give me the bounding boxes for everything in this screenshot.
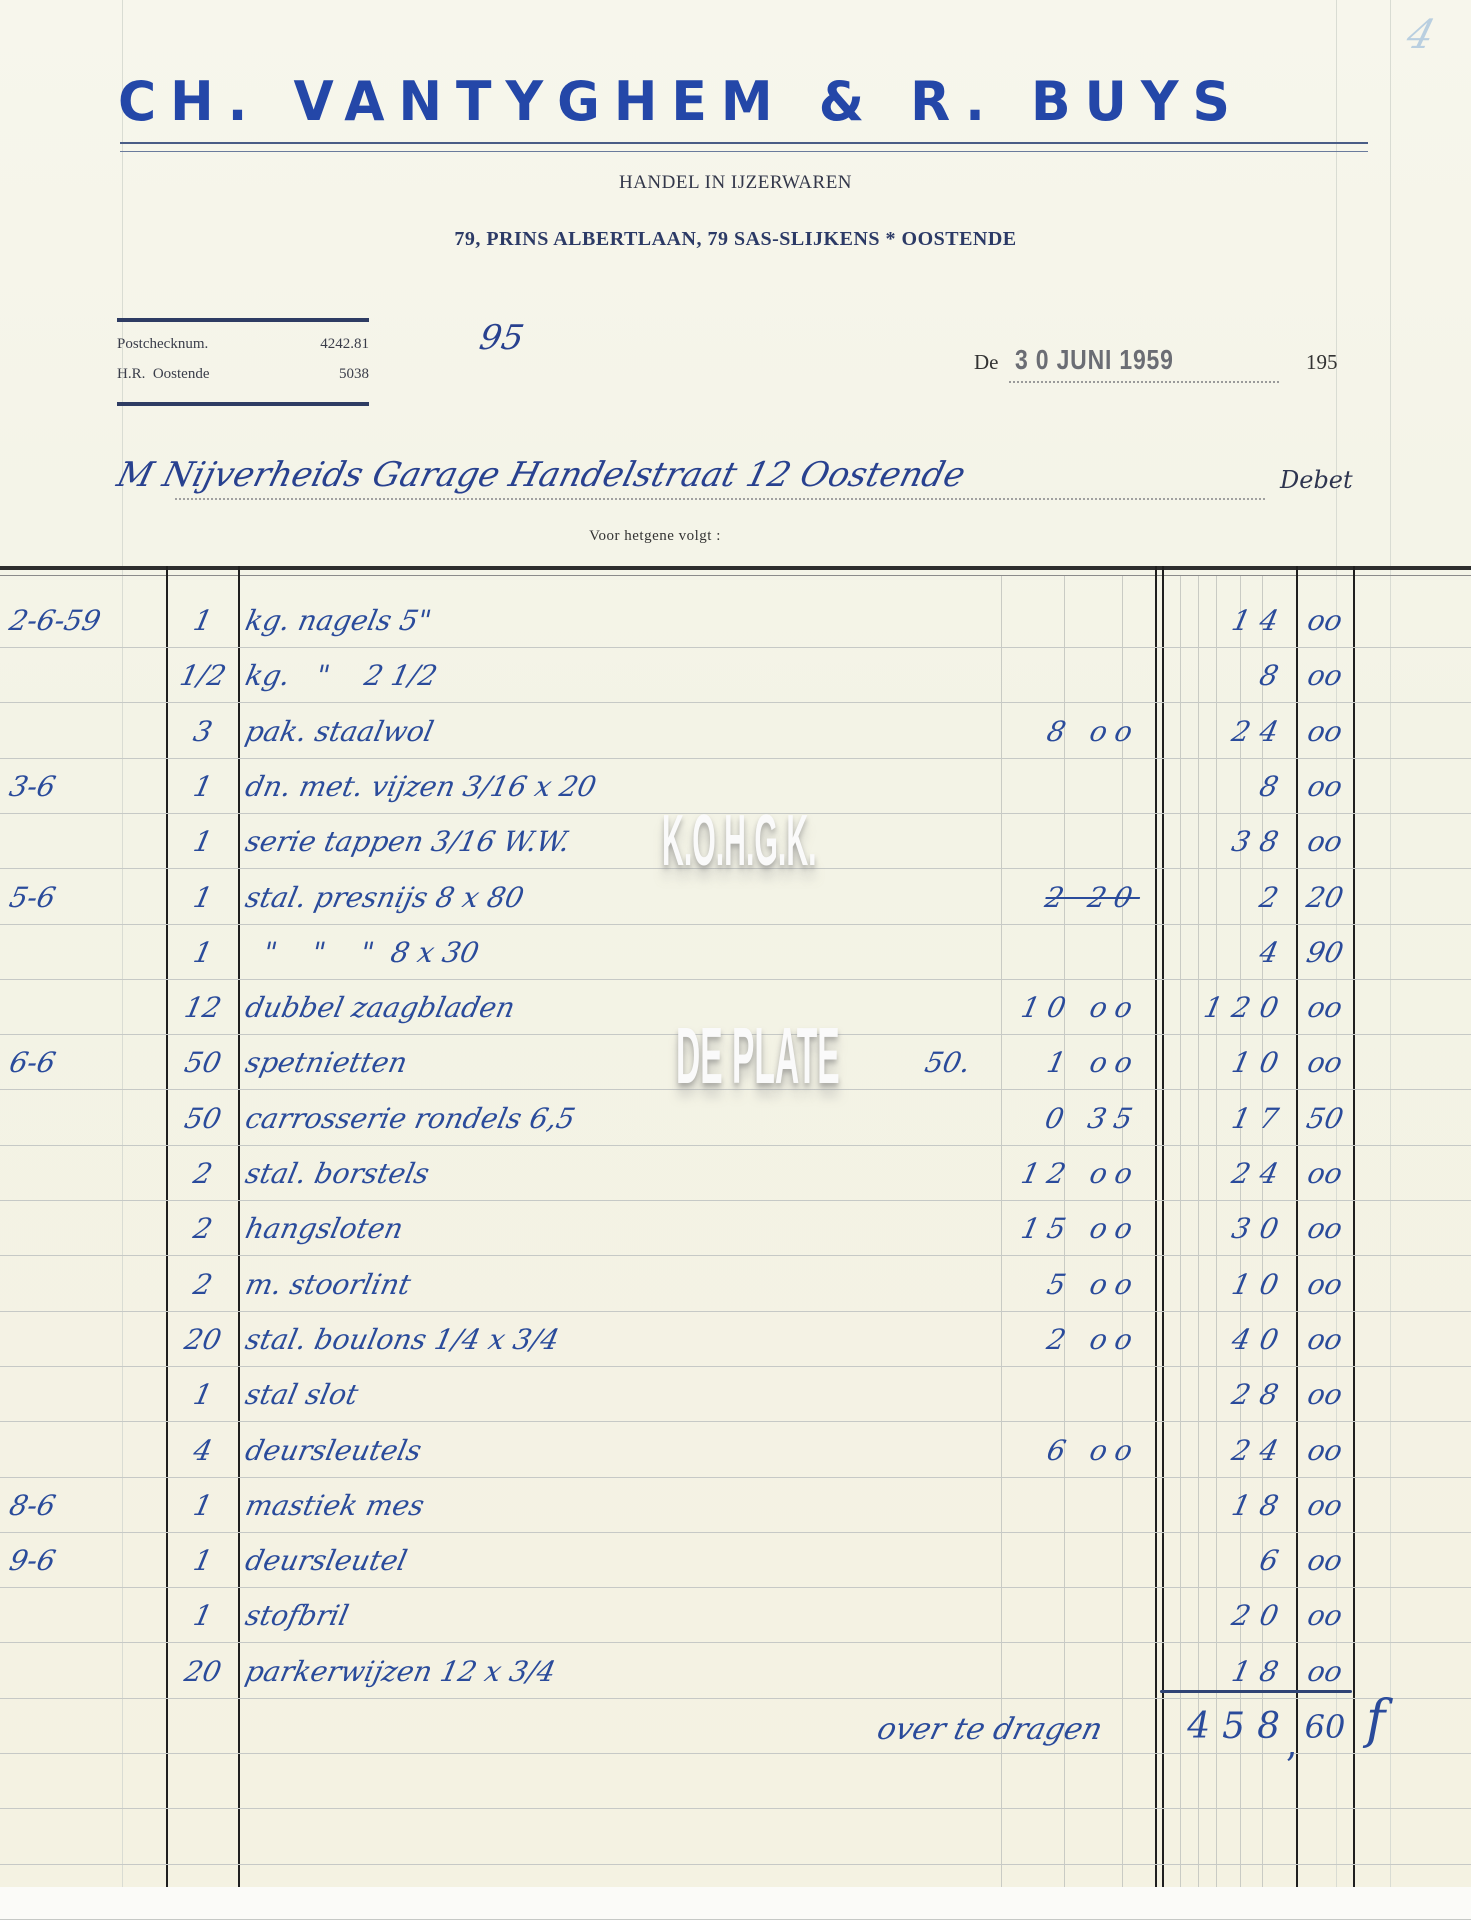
item-date: 3-6	[6, 770, 163, 803]
date-dotted-line	[1009, 381, 1279, 383]
ruled-line	[0, 1698, 1471, 1699]
ruled-line	[0, 758, 1471, 759]
ruled-line	[0, 1532, 1471, 1533]
item-date: 9-6	[6, 1544, 163, 1577]
printed-year: 195	[1306, 350, 1338, 375]
item-unit-price: 2 20	[986, 881, 1143, 914]
item-description: pak. staalwol	[242, 715, 436, 748]
item-cents: oo	[1296, 1268, 1353, 1301]
item-amount: 28	[1164, 1378, 1291, 1411]
item-description: dubbel zaagbladen	[242, 991, 517, 1024]
item-description: deursleutels	[242, 1434, 424, 1467]
item-qty: 2	[164, 1268, 241, 1301]
item-unit-price: 10 oo	[986, 991, 1143, 1024]
item-date: 8-6	[6, 1489, 163, 1522]
ruled-line	[0, 702, 1471, 703]
item-qty: 1	[164, 825, 241, 858]
item-cents: oo	[1296, 715, 1353, 748]
item-amount: 6	[1164, 1544, 1291, 1577]
item-amount: 24	[1164, 1434, 1291, 1467]
item-amount: 10	[1164, 1268, 1291, 1301]
item-cents: oo	[1296, 1544, 1353, 1577]
item-description: stofbril	[242, 1599, 351, 1632]
ruled-line	[0, 1255, 1471, 1256]
item-qty: 1	[164, 936, 241, 969]
ruled-line	[0, 979, 1471, 980]
item-cents: oo	[1296, 1378, 1353, 1411]
item-description: stal. presnijs 8 x 80	[242, 881, 526, 914]
item-description: stal. borstels	[242, 1157, 432, 1190]
ruled-line	[0, 1642, 1471, 1643]
item-unit-price: 0 35	[986, 1102, 1143, 1135]
registration-box: Postchecknum. 4242.81 H.R. Oostende 5038	[117, 318, 369, 406]
item-description: parkerwijzen 12 x 3/4	[242, 1655, 558, 1688]
item-description: m. stoorlint	[242, 1268, 413, 1301]
item-description: kg. " 2 1/2	[242, 659, 440, 692]
item-qty: 3	[164, 715, 241, 748]
item-amount: 10	[1164, 1046, 1291, 1079]
ruled-line	[0, 1145, 1471, 1146]
company-name: CH. VANTYGHEM & R. BUYS	[118, 71, 1378, 134]
item-description: carrosserie rondels 6,5	[242, 1102, 578, 1135]
ruled-line	[0, 1864, 1471, 1865]
item-qty: 50	[164, 1046, 241, 1079]
carry-forward-label: over te dragen	[874, 1712, 1106, 1747]
item-description: stal. boulons 1/4 x 3/4	[242, 1323, 562, 1356]
item-qty: 20	[164, 1323, 241, 1356]
item-qty: 1	[164, 1544, 241, 1577]
ruled-line	[0, 1587, 1471, 1588]
item-cents: oo	[1296, 1489, 1353, 1522]
item-date: 2-6-59	[6, 604, 163, 637]
item-unit-price: 12 oo	[986, 1157, 1143, 1190]
col-divider-amount	[1155, 566, 1157, 1887]
item-description: " " " 8 x 30	[242, 936, 481, 969]
watermark-line1: K.O.H.G.K.	[662, 800, 817, 882]
hr-value: 5038	[339, 366, 369, 383]
item-description: kg. nagels 5"	[242, 604, 434, 637]
date-label: De	[974, 350, 999, 375]
item-cents: oo	[1296, 659, 1353, 692]
total-cents: 60	[1300, 1708, 1350, 1746]
currency-symbol: f	[1366, 1690, 1385, 1750]
item-cents: 90	[1296, 936, 1353, 969]
scan-margin	[0, 1887, 1471, 1920]
item-qty: 2	[164, 1157, 241, 1190]
ledger-line	[1390, 0, 1391, 1887]
total-decimal-separator: ,	[1286, 1724, 1297, 1765]
item-amount: 38	[1164, 825, 1291, 858]
ruled-line	[0, 1753, 1471, 1754]
item-date: 6-6	[6, 1046, 163, 1079]
item-cents: oo	[1296, 1046, 1353, 1079]
item-unit-price: 2 oo	[986, 1323, 1143, 1356]
item-amount: 17	[1164, 1102, 1291, 1135]
item-cents: oo	[1296, 1655, 1353, 1688]
item-qty: 1	[164, 770, 241, 803]
item-qty: 4	[164, 1434, 241, 1467]
ruled-line	[0, 647, 1471, 648]
item-cents: oo	[1296, 604, 1353, 637]
item-amount: 24	[1164, 1157, 1291, 1190]
item-cents: oo	[1296, 991, 1353, 1024]
table-top-rule	[0, 575, 1471, 576]
item-amount: 18	[1164, 1489, 1291, 1522]
item-unit-price: 15 oo	[986, 1212, 1143, 1245]
item-qty: 50	[164, 1102, 241, 1135]
ruled-line	[0, 1477, 1471, 1478]
item-unit-price: 8 oo	[986, 715, 1143, 748]
postcheck-row: Postchecknum. 4242.81	[117, 336, 369, 353]
item-amount: 120	[1164, 991, 1291, 1024]
company-address: 79, PRINS ALBERTLAAN, 79 SAS-SLIJKENS * …	[0, 228, 1471, 251]
item-qty: 2	[164, 1212, 241, 1245]
item-unit-price: 6 oo	[986, 1434, 1143, 1467]
item-cents: oo	[1296, 1157, 1353, 1190]
item-qty: 1	[164, 604, 241, 637]
item-description: stal slot	[242, 1378, 361, 1411]
item-qty: 1	[164, 1489, 241, 1522]
item-qty: 12	[164, 991, 241, 1024]
customer-name: M Nijverheids Garage Handelstraat 12 Oos…	[113, 455, 969, 495]
col-divider-amount	[1162, 566, 1164, 1887]
item-description: hangsloten	[242, 1212, 406, 1245]
item-description: dn. met. vijzen 3/16 x 20	[242, 770, 599, 803]
item-cents: oo	[1296, 1434, 1353, 1467]
item-description: serie tappen 3/16 W.W.	[242, 825, 572, 858]
box-rule	[117, 318, 369, 322]
item-cents: oo	[1296, 1599, 1353, 1632]
item-unit-price: 5 oo	[986, 1268, 1143, 1301]
item-cents: oo	[1296, 825, 1353, 858]
item-unit-note: 50.	[896, 1046, 973, 1079]
item-amount: 14	[1164, 604, 1291, 637]
postcheck-label: Postchecknum.	[117, 336, 208, 353]
ruled-line	[0, 1200, 1471, 1201]
follow-label: Voor hetgene volgt :	[0, 528, 1310, 545]
item-amount: 8	[1164, 659, 1291, 692]
item-description: mastiek mes	[242, 1489, 427, 1522]
item-cents: oo	[1296, 1212, 1353, 1245]
table-top-rule	[0, 566, 1471, 570]
hr-label: H.R. Oostende	[117, 366, 210, 383]
header-rule	[120, 142, 1368, 144]
item-description: spetnietten	[242, 1046, 410, 1079]
ruled-line	[0, 1311, 1471, 1312]
item-description: deursleutel	[242, 1544, 410, 1577]
box-rule	[117, 402, 369, 406]
item-amount: 8	[1164, 770, 1291, 803]
item-qty: 1	[164, 881, 241, 914]
date-stamp: 3 0 JUNI 1959	[1015, 344, 1174, 376]
postcheck-value: 4242.81	[320, 336, 369, 353]
item-amount: 18	[1164, 1655, 1291, 1688]
total-amount: 458	[1172, 1706, 1292, 1747]
item-cents: oo	[1296, 770, 1353, 803]
debet-label: Debet	[1280, 466, 1353, 494]
item-qty: 1	[164, 1599, 241, 1632]
customer-dotted-line	[175, 498, 1265, 500]
item-qty: 1	[164, 1378, 241, 1411]
item-amount: 30	[1164, 1212, 1291, 1245]
ruled-line	[0, 924, 1471, 925]
item-date: 5-6	[6, 881, 163, 914]
item-qty: 20	[164, 1655, 241, 1688]
ruled-line	[0, 1366, 1471, 1367]
sum-rule	[1160, 1690, 1352, 1693]
header-rule	[120, 151, 1368, 152]
ledger-line	[122, 0, 123, 1887]
watermark-line2: DE PLATE	[676, 1010, 840, 1102]
item-cents: 50	[1296, 1102, 1353, 1135]
ruled-line	[0, 1808, 1471, 1809]
hr-row: H.R. Oostende 5038	[117, 366, 369, 383]
item-amount: 20	[1164, 1599, 1291, 1632]
item-qty: 1/2	[164, 659, 241, 692]
item-amount: 2	[1164, 881, 1291, 914]
invoice-number: 95	[476, 318, 526, 358]
trade-line: HANDEL IN IJZERWAREN	[0, 172, 1471, 194]
col-divider-right	[1353, 566, 1355, 1887]
item-cents: oo	[1296, 1323, 1353, 1356]
item-amount: 40	[1164, 1323, 1291, 1356]
item-amount: 4	[1164, 936, 1291, 969]
item-amount: 24	[1164, 715, 1291, 748]
item-unit-price: 1 oo	[986, 1046, 1143, 1079]
col-divider-cents	[1296, 566, 1298, 1887]
item-cents: 20	[1296, 881, 1353, 914]
ruled-line	[0, 1421, 1471, 1422]
